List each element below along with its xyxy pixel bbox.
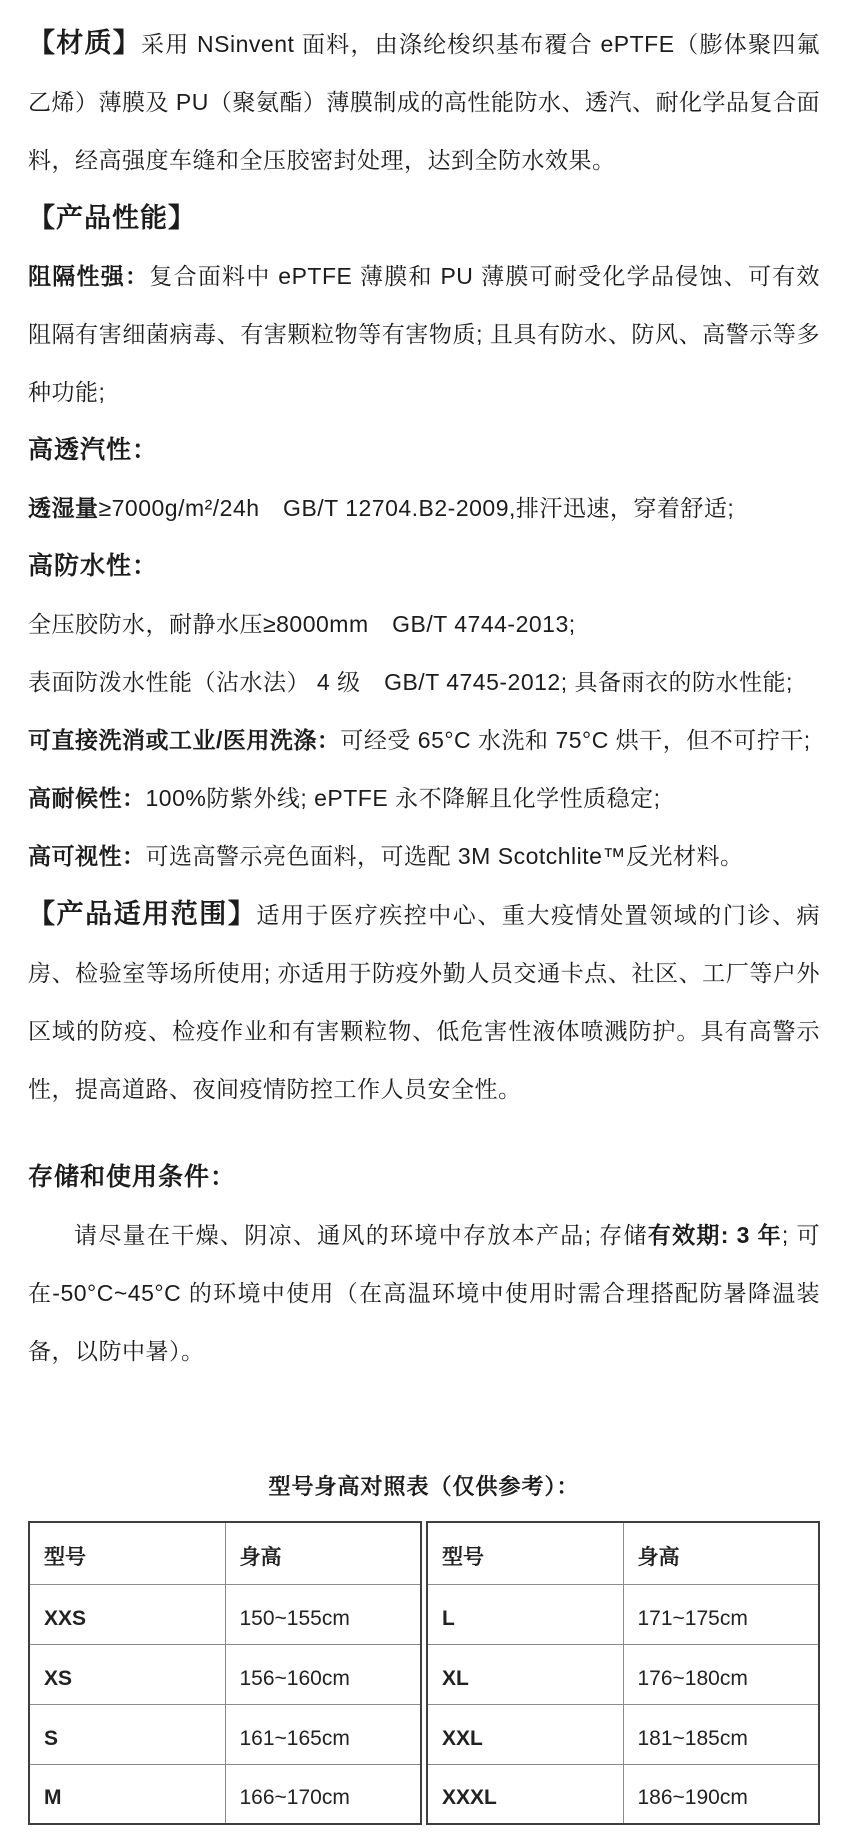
- height-range: 161~165cm: [225, 1704, 421, 1764]
- table-row: S 161~165cm: [29, 1704, 421, 1764]
- washable-text: 可经受 65°C 水洗和 75°C 烘干，但不可拧干;: [340, 727, 810, 753]
- size-code: S: [29, 1704, 225, 1764]
- height-range: 181~185cm: [623, 1704, 819, 1764]
- table-row: M 166~170cm: [29, 1764, 421, 1824]
- table-row: XXL 181~185cm: [427, 1704, 819, 1764]
- scope-paragraph: 【产品适用范围】适用于医疗疾控中心、重大疫情处置领域的门诊、病房、检验室等场所使…: [28, 885, 820, 1118]
- breathability-heading: 高透汽性：: [28, 421, 820, 479]
- table-header-row: 型号 身高: [427, 1522, 819, 1584]
- height-range: 166~170cm: [225, 1764, 421, 1824]
- product-description-document: 【材质】采用 NSinvent 面料，由涤纶梭织基布覆合 ePTFE（膨体聚四氟…: [28, 14, 820, 1825]
- breathability-metric-text: ≥7000g/m²/24h GB/T 12704.B2-2009,排汗迅速，穿着…: [99, 495, 735, 521]
- weather-paragraph: 高耐候性：100%防紫外线; ePTFE 永不降解且化学性质稳定;: [28, 769, 820, 827]
- header-model: 型号: [427, 1522, 623, 1584]
- weather-label: 高耐候性：: [28, 785, 146, 811]
- storage-shelf-life: 有效期: 3 年: [648, 1222, 782, 1248]
- height-range: 176~180cm: [623, 1644, 819, 1704]
- visibility-paragraph: 高可视性：可选高警示亮色面料，可选配 3M Scotchlite™反光材料。: [28, 827, 820, 885]
- storage-heading: 存储和使用条件：: [28, 1148, 820, 1206]
- visibility-text: 可选高警示亮色面料，可选配 3M Scotchlite™反光材料。: [146, 843, 744, 869]
- size-code: XXS: [29, 1584, 225, 1644]
- table-row: XL 176~180cm: [427, 1644, 819, 1704]
- size-code: XL: [427, 1644, 623, 1704]
- materials-text: 采用 NSinvent 面料，由涤纶梭织基布覆合 ePTFE（膨体聚四氟乙烯）薄…: [28, 31, 820, 173]
- size-code: XS: [29, 1644, 225, 1704]
- breathability-metric-label: 透湿量: [28, 495, 99, 521]
- size-chart: 型号 身高 XXS 150~155cm XS 156~160cm S 161~1…: [28, 1521, 820, 1825]
- waterproof-heading: 高防水性：: [28, 537, 820, 595]
- visibility-label: 高可视性：: [28, 843, 146, 869]
- header-model: 型号: [29, 1522, 225, 1584]
- materials-paragraph: 【材质】采用 NSinvent 面料，由涤纶梭织基布覆合 ePTFE（膨体聚四氟…: [28, 14, 820, 189]
- breathability-paragraph: 透湿量≥7000g/m²/24h GB/T 12704.B2-2009,排汗迅速…: [28, 479, 820, 537]
- size-table-right: 型号 身高 L 171~175cm XL 176~180cm XXL 181~1…: [426, 1521, 820, 1825]
- height-range: 171~175cm: [623, 1584, 819, 1644]
- scope-text: 适用于医疗疾控中心、重大疫情处置领域的门诊、病房、检验室等场所使用; 亦适用于防…: [28, 902, 820, 1102]
- weather-text: 100%防紫外线; ePTFE 永不降解且化学性质稳定;: [146, 785, 661, 811]
- barrier-label: 阻隔性强：: [28, 263, 149, 289]
- storage-paragraph: 请尽量在干燥、阴凉、通风的环境中存放本产品; 存储有效期: 3 年; 可在-50…: [28, 1206, 820, 1380]
- washable-label: 可直接洗消或工业/医用洗涤：: [28, 727, 340, 753]
- size-code: XXXL: [427, 1764, 623, 1824]
- table-row: XXXL 186~190cm: [427, 1764, 819, 1824]
- size-code: L: [427, 1584, 623, 1644]
- washable-paragraph: 可直接洗消或工业/医用洗涤：可经受 65°C 水洗和 75°C 烘干，但不可拧干…: [28, 711, 820, 769]
- waterproof-line2: 表面防泼水性能（沾水法） 4 级 GB/T 4745-2012; 具备雨衣的防水…: [28, 653, 820, 711]
- waterproof-line1: 全压胶防水，耐静水压≥8000mm GB/T 4744-2013;: [28, 595, 820, 653]
- table-row: L 171~175cm: [427, 1584, 819, 1644]
- header-height: 身高: [225, 1522, 421, 1584]
- table-header-row: 型号 身高: [29, 1522, 421, 1584]
- height-range: 186~190cm: [623, 1764, 819, 1824]
- barrier-paragraph: 阻隔性强：复合面料中 ePTFE 薄膜和 PU 薄膜可耐受化学品侵蚀、可有效阻隔…: [28, 247, 820, 421]
- performance-heading: 【产品性能】: [28, 189, 820, 247]
- materials-label: 【材质】: [28, 28, 141, 58]
- size-code: M: [29, 1764, 225, 1824]
- size-table-title: 型号身高对照表（仅供参考）：: [28, 1465, 820, 1509]
- height-range: 150~155cm: [225, 1584, 421, 1644]
- scope-label: 【产品适用范围】: [28, 899, 256, 929]
- height-range: 156~160cm: [225, 1644, 421, 1704]
- storage-text-1: 请尽量在干燥、阴凉、通风的环境中存放本产品; 存储: [74, 1222, 648, 1248]
- size-code: XXL: [427, 1704, 623, 1764]
- header-height: 身高: [623, 1522, 819, 1584]
- table-row: XS 156~160cm: [29, 1644, 421, 1704]
- size-table-left: 型号 身高 XXS 150~155cm XS 156~160cm S 161~1…: [28, 1521, 422, 1825]
- table-row: XXS 150~155cm: [29, 1584, 421, 1644]
